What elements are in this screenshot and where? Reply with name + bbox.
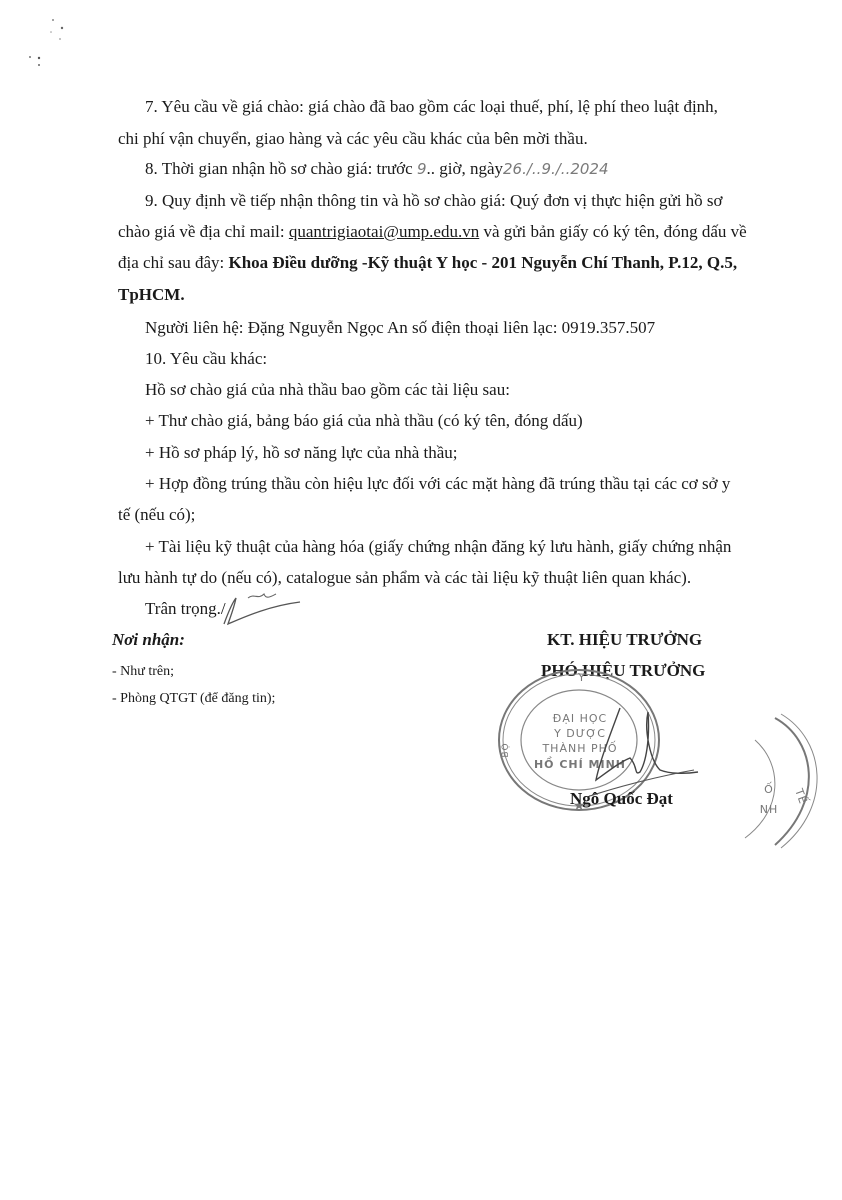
contact-line: Người liên hệ: Đặng Nguyễn Ngọc An số đi… (145, 318, 655, 338)
handwritten-signature (590, 700, 700, 800)
partial-stamp (735, 710, 842, 850)
email-link[interactable]: quantrigiaotai@ump.edu.vn (289, 222, 479, 241)
item10-bullet: + Thư chào giá, bảng báo giá của nhà thầ… (145, 411, 583, 431)
item10-bullet-cont: lưu hành tự do (nếu có), catalogue sản p… (118, 568, 691, 588)
item10-bullet: + Hồ sơ pháp lý, hồ sơ năng lực của nhà … (145, 443, 458, 463)
item7-line1: 7. Yêu cầu về giá chào: giá chào đã bao … (145, 97, 718, 117)
item9-line2: chào giá về địa chỉ mail: quantrigiaotai… (118, 222, 747, 242)
signature-title-1: KT. HIỆU TRƯỞNG (547, 630, 702, 650)
item7-line2: chi phí vận chuyển, giao hàng và các yêu… (118, 129, 588, 149)
item9-line3: địa chỉ sau đây: Khoa Điều dưỡng -Kỹ thu… (118, 253, 737, 273)
item8-prefix: 8. Thời gian nhận hồ sơ chào giá: trước (145, 159, 417, 178)
item8-line: 8. Thời gian nhận hồ sơ chào giá: trước … (145, 159, 609, 179)
partial-stamp-text: NH (759, 803, 779, 816)
item10-bullet-cont: tế (nếu có); (118, 505, 195, 525)
item9-line2-suffix: và gửi bản giấy có ký tên, đóng dấu về (479, 222, 746, 241)
item10-intro: Hồ sơ chào giá của nhà thầu bao gồm các … (145, 380, 510, 400)
item10-heading: 10. Yêu cầu khác: (145, 349, 267, 369)
recipient-item: - Như trên; (112, 662, 174, 682)
item9-line1: 9. Quy định về tiếp nhận thông tin và hồ… (145, 191, 723, 211)
stamp-top-letter: Y (572, 671, 592, 684)
initials-scribble (218, 588, 308, 628)
scan-specks (20, 10, 80, 70)
recipients-heading: Nơi nhận: (112, 630, 185, 650)
item10-bullet: + Tài liệu kỹ thuật của hàng hóa (giấy c… (145, 537, 731, 557)
handwritten-date: 26./..9./..2024 (503, 160, 609, 178)
item10-bullet: + Hợp đồng trúng thầu còn hiệu lực đối v… (145, 474, 730, 494)
item9-line2-prefix: chào giá về địa chỉ mail: (118, 222, 289, 241)
stamp-side-text: BỘ (501, 742, 511, 758)
closing-text: Trân trọng./ (145, 599, 226, 619)
signatory-name: Ngô Quốc Đạt (570, 789, 673, 809)
address-bold: Khoa Điều dưỡng -Kỹ thuật Y học - 201 Ng… (228, 253, 737, 272)
partial-stamp-text: Ố (761, 783, 777, 796)
item9-line3-prefix: địa chỉ sau đây: (118, 253, 228, 272)
recipient-item: - Phòng QTGT (để đăng tin); (112, 689, 275, 709)
item8-mid: .. giờ, ngày (426, 159, 503, 178)
address-bold-line2: TpHCM. (118, 285, 185, 305)
document-page: 7. Yêu cầu về giá chào: giá chào đã bao … (0, 0, 842, 1200)
